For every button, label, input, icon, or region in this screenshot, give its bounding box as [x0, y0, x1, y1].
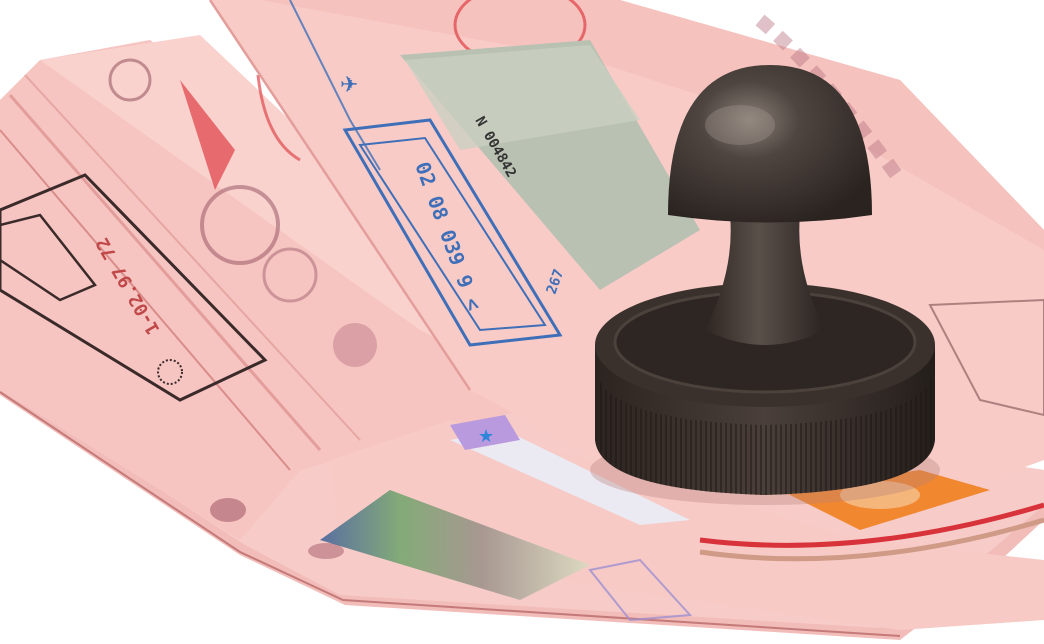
- star-icon: ★: [478, 426, 494, 447]
- passport-photo: 1-02.97 72 N 004842 02 08 039 9 < 267 ✈: [0, 0, 1044, 644]
- plane-icon: ✈: [340, 73, 358, 98]
